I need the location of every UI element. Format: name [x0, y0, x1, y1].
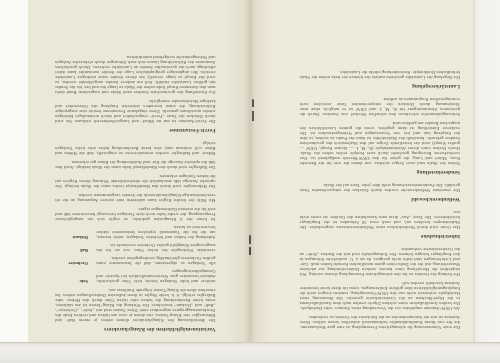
tone-setting-row: alle Tonlagen so abgestimmt, daß die Ins… [55, 256, 216, 266]
tone-setting-row: mittlere und hohe Tonlagen betont, tiefe… [55, 269, 216, 284]
body-paragraph: verstärkte Wiedergabe der tiefen Töne, w… [96, 243, 216, 253]
physical-left-page: Die erste Voraussetzung für störungsfrei… [251, 0, 474, 342]
tone-setting-row: verstärkte Wiedergabe der tiefen Töne, w… [55, 243, 216, 253]
scanner-bed-left-strip [0, 0, 28, 363]
body-paragraph: Der Höhenregler wird durch den Rändelkno… [55, 174, 216, 189]
book-spread-upside-down: Die erste Voraussetzung für störungsfrei… [28, 0, 473, 342]
body-paragraph: Der Baßregler wird durch den Rändelknopf… [55, 160, 216, 170]
staple-top [252, 99, 254, 123]
section-heading: Sendereinstellung [300, 169, 461, 175]
scan-background: { "colors": { "paper_left_physical": "#e… [0, 0, 500, 363]
tone-label-orchester: Orchester [55, 261, 88, 266]
body-paragraph: Zur Einstellung des gewünschten Senders … [55, 55, 216, 95]
body-paragraph: Schwungradantriebe erleichtern den schne… [300, 97, 461, 117]
body-paragraph: Die einzelnen Wellenbereiche werden durc… [300, 183, 461, 193]
body-paragraph: Ist keine der 4 Klangtasten gedrückt, so… [55, 207, 216, 222]
body-paragraph: Die Erdung des Gerätes ist für den störu… [300, 247, 461, 277]
body-paragraph: Die Ferrit-Antenne ist nur im Mittel- un… [55, 99, 216, 124]
body-paragraph: Als UKW-Antenne empfehlen wir die Verwen… [300, 281, 461, 311]
body-paragraph: Der Beeinflussung des Klangcharakters di… [55, 288, 216, 323]
body-paragraph: mittlere und hohe Tonlagen betont, tiefe… [96, 269, 216, 284]
body-paragraph: Neben der Skala sind zwei Zeiger sichtba… [300, 121, 461, 166]
body-paragraph: alle Tonlagen so abgestimmt, daß die Ins… [96, 256, 216, 266]
tone-label-solo: Solo [55, 279, 88, 284]
physical-right-page: Variationsmöglichkeiten des Klangcharakt… [28, 0, 251, 342]
section-heading: Wellenbereichswahl [300, 196, 461, 202]
body-paragraph: Die Regelung der Lautstärke geschieht mi… [300, 70, 461, 80]
section-heading: Lautstärkeregelung [300, 83, 461, 89]
body-paragraph: Höhen- und Baßregler werden normalerweis… [55, 141, 216, 156]
tone-label-diskant: Diskant [55, 235, 88, 240]
body-paragraph: Mit Hilfe der beiden Regler kann außerde… [55, 193, 216, 203]
tone-setting-row: Anhebung der hohen und höchsten Tonlagen… [55, 225, 216, 240]
page-bottom-edge-shadow [0, 342, 500, 363]
section-heading: Ferrit-Festantenne [55, 127, 216, 133]
body-paragraph: Das Gerät wird durch Niederdrücken einer… [300, 210, 461, 230]
scanner-bed-right-strip [473, 0, 500, 363]
body-paragraph: Anhebung der hohen und höchsten Tonlagen… [96, 225, 216, 240]
section-heading: Variationsmöglichkeiten des Klangcharakt… [55, 326, 216, 332]
staple-bottom [249, 235, 251, 257]
body-paragraph: Die erste Voraussetzung für störungsfrei… [300, 315, 461, 330]
section-heading: Inbetriebnahme [300, 233, 461, 239]
tone-label-bass: Baß [55, 248, 88, 253]
